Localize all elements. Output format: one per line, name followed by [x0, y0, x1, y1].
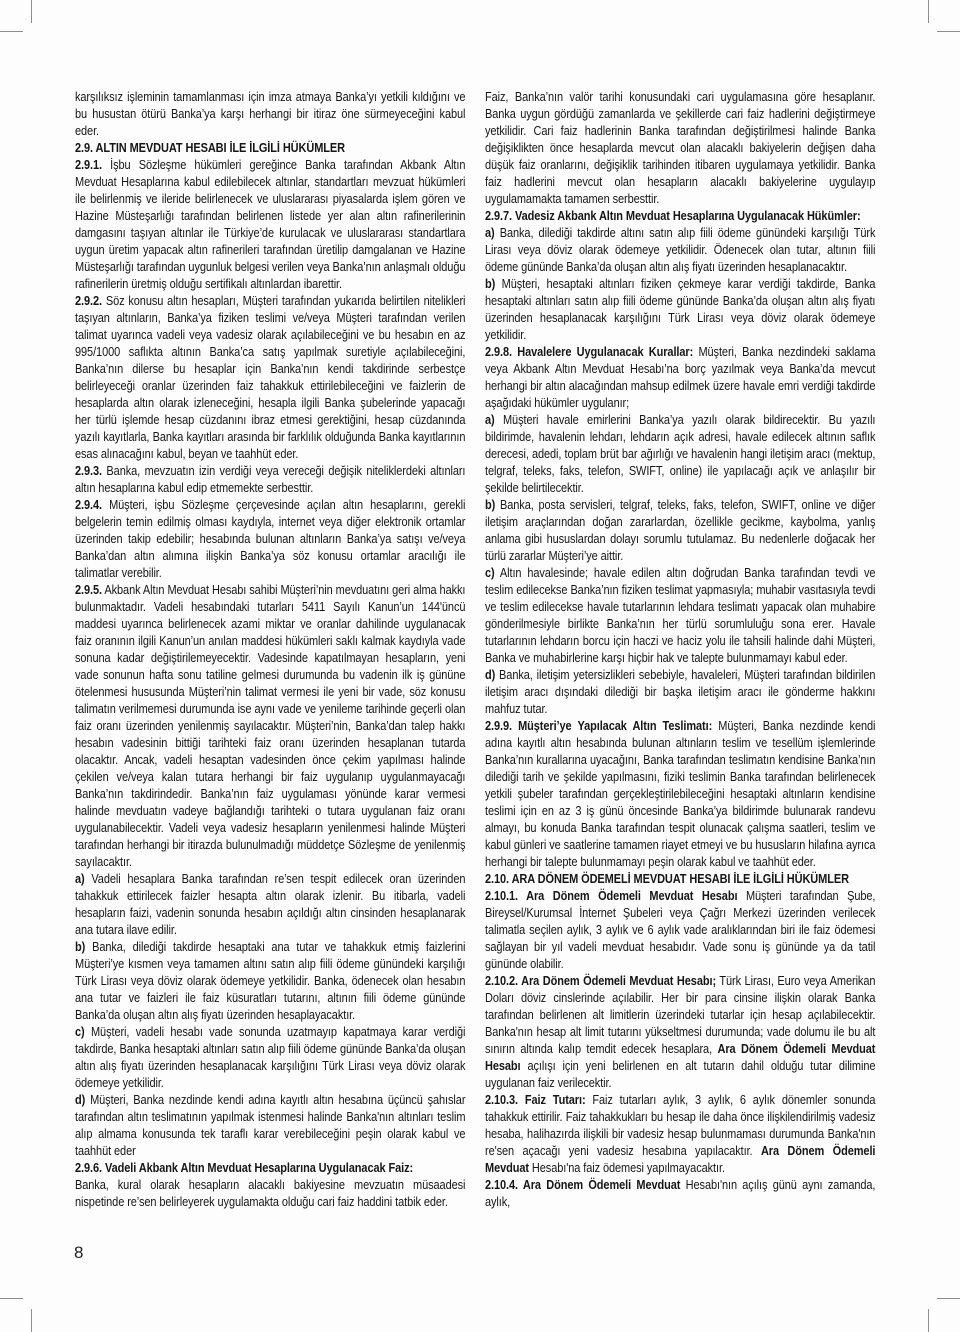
bold-text-run: 2.9.9. Müşteri’ye Yapılacak Altın Teslim…	[485, 718, 712, 733]
bold-text-run: 2.9. ALTIN MEVDUAT HESABI İLE İLGİLİ HÜK…	[75, 140, 345, 155]
bold-text-run: 2.9.4.	[75, 497, 102, 512]
bold-text-run: c)	[75, 1024, 85, 1039]
section-heading: 2.10. ARA DÖNEM ÖDEMELİ MEVDUAT HESABI İ…	[485, 870, 875, 887]
right-column: Faiz, Banka’nın valör tarihi konusundaki…	[485, 88, 875, 1210]
paragraph: 2.9.1. İşbu Sözleşme hükümleri gereğince…	[75, 156, 465, 292]
section-heading: 2.9.7. Vadesiz Akbank Altın Mevduat Hesa…	[485, 207, 875, 224]
bold-text-run: 2.9.7. Vadesiz Akbank Altın Mevduat Hesa…	[485, 208, 861, 223]
crop-mark-bottom-right-vertical	[928, 1309, 929, 1332]
bold-text-run: b)	[485, 497, 495, 512]
paragraph: 2.10.2. Ara Dönem Ödemeli Mevduat Hesabı…	[485, 972, 875, 1091]
bold-text-run: 2.10.1. Ara Dönem Ödemeli Mevduat Hesabı	[485, 888, 737, 903]
text-run: Banka, dilediği takdirde altını satın al…	[485, 225, 875, 274]
bold-text-run: d)	[485, 667, 495, 682]
paragraph: 2.9.3. Banka, mevzuatın izin verdiği vey…	[75, 462, 465, 496]
text-run: Müşteri havale emirlerini Banka’ya yazıl…	[485, 412, 875, 495]
bold-text-run: a)	[75, 871, 85, 886]
bold-text-run: 2.9.1.	[75, 157, 102, 172]
bold-text-run: d)	[75, 1092, 85, 1107]
text-run: Vadeli hesaplara Banka tarafından re’sen…	[75, 871, 465, 937]
crop-mark-bottom-right-horizontal	[937, 1298, 960, 1299]
page-number: 8	[74, 1243, 83, 1263]
paragraph: Faiz, Banka’nın valör tarihi konusundaki…	[485, 88, 875, 207]
paragraph: d) Banka, iletişim yetersizlikleri sebeb…	[485, 666, 875, 717]
bold-text-run: 2.9.5.	[75, 582, 102, 597]
paragraph: b) Banka, posta servisleri, telgraf, tel…	[485, 496, 875, 564]
paragraph: karşılıksız işleminin tamamlanması için …	[75, 88, 465, 139]
paragraph: 2.10.3. Faiz Tutarı: Faiz tutarları aylı…	[485, 1091, 875, 1176]
text-run: İşbu Sözleşme hükümleri gereğince Banka …	[75, 157, 465, 291]
bold-text-run: 2.10.4. Ara Dönem Ödemeli Mevduat	[485, 1177, 680, 1192]
paragraph: b) Banka, dilediği takdirde hesaptaki an…	[75, 938, 465, 1023]
paragraph: b) Müşteri, hesaptaki altınları fiziken …	[485, 275, 875, 343]
text-run: Hesabı'na faiz ödemesi yapılmayacaktır.	[529, 1160, 725, 1175]
crop-mark-bottom-left-horizontal	[0, 1298, 23, 1299]
text-run: Akbank Altın Mevduat Hesabı sahibi Müşte…	[75, 582, 465, 869]
paragraph: a) Müşteri havale emirlerini Banka’ya ya…	[485, 411, 875, 496]
paragraph: a) Banka, dilediği takdirde altını satın…	[485, 224, 875, 275]
bold-text-run: 2.9.3.	[75, 463, 102, 478]
paragraph: 2.10.1. Ara Dönem Ödemeli Mevduat Hesabı…	[485, 887, 875, 972]
bold-text-run: a)	[485, 412, 495, 427]
text-run: Söz konusu altın hesapları, Müşteri tara…	[75, 293, 465, 461]
paragraph: c) Müşteri, vadeli hesabı vade sonunda u…	[75, 1023, 465, 1091]
crop-mark-bottom-left-vertical	[31, 1309, 32, 1332]
text-run: Banka, iletişim yetersizlikleri sebebiyl…	[485, 667, 875, 716]
bold-text-run: c)	[485, 565, 495, 580]
paragraph: Banka, kural olarak hesapların alacaklı …	[75, 1176, 465, 1210]
text-run: Banka, kural olarak hesapların alacaklı …	[75, 1177, 465, 1209]
text-run: karşılıksız işleminin tamamlanması için …	[75, 89, 465, 138]
bold-text-run: b)	[75, 939, 85, 954]
bold-text-run: 2.10.2. Ara Dönem Ödemeli Mevduat Hesabı…	[485, 973, 716, 988]
crop-mark-top-right-horizontal	[937, 31, 960, 32]
bold-text-run: a)	[485, 225, 495, 240]
text-run: Müşteri, hesaptaki altınları fiziken çek…	[485, 276, 875, 342]
text-run: Altın havalesinde; havale edilen altın d…	[485, 565, 875, 665]
bold-text-run: b)	[485, 276, 495, 291]
text-run: Banka, posta servisleri, telgraf, teleks…	[485, 497, 875, 563]
text-run: Müşteri, Banka nezdinde kendi adına kayı…	[485, 718, 875, 869]
paragraph: d) Müşteri, Banka nezdinde kendi adına k…	[75, 1091, 465, 1159]
crop-mark-top-right-vertical	[928, 0, 929, 23]
bold-text-run: 2.10. ARA DÖNEM ÖDEMELİ MEVDUAT HESABI İ…	[485, 871, 849, 886]
bold-text-run: 2.10.3. Faiz Tutarı:	[485, 1092, 586, 1107]
bold-text-run: 2.9.8. Havalelere Uygulanacak Kurallar:	[485, 344, 693, 359]
text-run: açılışı için yeni belirlenen en alt tuta…	[485, 1058, 875, 1090]
paragraph: 2.9.8. Havalelere Uygulanacak Kurallar: …	[485, 343, 875, 411]
bold-text-run: 2.9.2.	[75, 293, 102, 308]
paragraph: 2.9.2. Söz konusu altın hesapları, Müşte…	[75, 292, 465, 462]
crop-mark-top-left-horizontal	[0, 31, 23, 32]
paragraph: 2.9.5. Akbank Altın Mevduat Hesabı sahib…	[75, 581, 465, 870]
paragraph: a) Vadeli hesaplara Banka tarafından re’…	[75, 870, 465, 938]
section-heading: 2.9. ALTIN MEVDUAT HESABI İLE İLGİLİ HÜK…	[75, 139, 465, 156]
left-column: karşılıksız işleminin tamamlanması için …	[75, 88, 465, 1210]
crop-mark-top-left-vertical	[31, 0, 32, 23]
text-run: Müşteri, işbu Sözleşme çerçevesinde açıl…	[75, 497, 465, 580]
document-page: karşılıksız işleminin tamamlanması için …	[0, 0, 960, 1332]
text-run: Müşteri, vadeli hesabı vade sonunda uzat…	[75, 1024, 465, 1090]
bold-text-run: 2.9.6. Vadeli Akbank Altın Mevduat Hesap…	[75, 1160, 413, 1175]
text-run: Banka, dilediği takdirde hesaptaki ana t…	[75, 939, 465, 1022]
paragraph: c) Altın havalesinde; havale edilen altı…	[485, 564, 875, 666]
section-heading: 2.9.6. Vadeli Akbank Altın Mevduat Hesap…	[75, 1159, 465, 1176]
text-run: Faiz, Banka’nın valör tarihi konusundaki…	[485, 89, 875, 206]
paragraph: 2.9.9. Müşteri’ye Yapılacak Altın Teslim…	[485, 717, 875, 870]
paragraph: 2.10.4. Ara Dönem Ödemeli Mevduat Hesabı…	[485, 1176, 875, 1210]
text-run: Müşteri, Banka nezdinde kendi adına kayı…	[75, 1092, 465, 1158]
text-run: Banka, mevzuatın izin verdiği veya verec…	[75, 463, 465, 495]
paragraph: 2.9.4. Müşteri, işbu Sözleşme çerçevesin…	[75, 496, 465, 581]
